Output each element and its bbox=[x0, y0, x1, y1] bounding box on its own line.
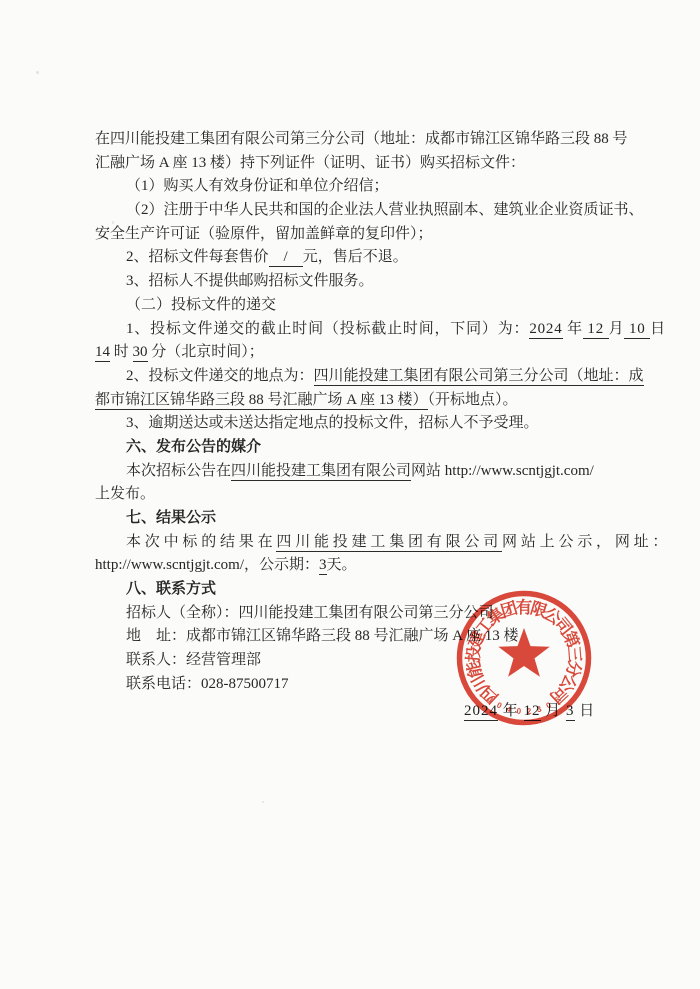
scanned-document-page: { "colors": { "paper": "#fbfbf9", "ink":… bbox=[0, 0, 700, 989]
text-run: 在四川能投建工集团有限公司第三分公司（地址：成都市锦江区锦华路三段 88 号 bbox=[95, 131, 628, 147]
text-run: 网站 http://www.scntjgjt.com/ bbox=[411, 463, 594, 479]
star-icon bbox=[498, 628, 549, 677]
scan-speck bbox=[112, 221, 114, 224]
document-line: 都市锦江区锦华路三段 88 号汇融广场 A 座 13 楼）（开标地点）。 bbox=[95, 389, 610, 413]
text-run: 联系人：经营管理部 bbox=[126, 652, 261, 668]
document-line: （1）购买人有效身份证和单位介绍信； bbox=[95, 175, 610, 199]
underlined-text: 12 bbox=[583, 321, 609, 339]
text-run: 3、逾期送达或未送达指定地点的投标文件，招标人不予受理。 bbox=[126, 415, 539, 431]
text-run: （二）投标文件的递交 bbox=[126, 297, 276, 313]
document-line: 安全生产许可证（验原件，留加盖鲜章的复印件）； bbox=[95, 223, 610, 247]
underlined-text: / bbox=[269, 249, 303, 267]
seal-serial-digit: 0 bbox=[495, 700, 504, 710]
text-run: 分（北京时间）； bbox=[148, 344, 264, 360]
text-run: 汇融广场 A 座 13 楼）持下列证件（证明、证书）购买招标文件： bbox=[95, 155, 525, 171]
text-run: 日 bbox=[650, 321, 666, 337]
text-run: （开标地点）。 bbox=[428, 392, 518, 408]
underlined-text: 四川能投建工集团有限公司 bbox=[276, 534, 502, 552]
text-run: 年 bbox=[563, 321, 583, 337]
underlined-text: 14 bbox=[95, 344, 110, 362]
text-run: 2、招标文件每套售价 bbox=[126, 249, 269, 265]
underlined-text: 10 bbox=[624, 321, 650, 339]
document-line: 14 时 30 分（北京时间）； bbox=[95, 341, 610, 365]
text-run: 网站上公示，网址： bbox=[502, 534, 671, 550]
document-line: 汇融广场 A 座 13 楼）持下列证件（证明、证书）购买招标文件： bbox=[95, 152, 610, 176]
text-run: （1）购买人有效身份证和单位介绍信； bbox=[126, 178, 389, 194]
document-line: （2）注册于中华人民共和国的企业法人营业执照副本、建筑业企业资质证书、 bbox=[95, 199, 610, 223]
text-run: 2、投标文件递交的地点为： bbox=[126, 368, 314, 384]
text-run: 七、结果公示 bbox=[126, 510, 216, 526]
document-line: 本次中标的结果在四川能投建工集团有限公司网站上公示，网址： bbox=[95, 531, 610, 555]
text-run: 招标人（全称）：四川能投建工集团有限公司第三分公司 bbox=[126, 605, 494, 621]
text-run: （2）注册于中华人民共和国的企业法人营业执照副本、建筑业企业资质证书、 bbox=[126, 202, 644, 218]
text-run: 八、联系方式 bbox=[126, 581, 216, 597]
document-line: 本次招标公告在四川能投建工集团有限公司网站 http://www.scntjgj… bbox=[95, 460, 610, 484]
text-run: 本次中标的结果在 bbox=[126, 534, 276, 550]
document-line: 六、发布公告的媒介 bbox=[95, 436, 610, 460]
text-run: 时 bbox=[110, 344, 133, 360]
document-line: 3、招标人不提供邮购招标文件服务。 bbox=[95, 270, 610, 294]
text-run: 本次招标公告在 bbox=[126, 463, 231, 479]
text-run: 3、招标人不提供邮购招标文件服务。 bbox=[126, 273, 374, 289]
document-line: http://www.scntjgjt.com/，公示期：3天。 bbox=[95, 554, 610, 578]
document-line: （二）投标文件的递交 bbox=[95, 294, 610, 318]
document-line: 1、投标文件递交的截止时间（投标截止时间，下同）为：2024 年 12 月 10… bbox=[95, 318, 610, 342]
text-run: 六、发布公告的媒介 bbox=[126, 439, 261, 455]
text-run: http://www.scntjgjt.com/，公示期： bbox=[95, 557, 319, 573]
document-line: 上发布。 bbox=[95, 483, 610, 507]
document-line: 3、逾期送达或未送达指定地点的投标文件，招标人不予受理。 bbox=[95, 412, 610, 436]
document-line: 在四川能投建工集团有限公司第三分公司（地址：成都市锦江区锦华路三段 88 号 bbox=[95, 128, 610, 152]
seal-serial-digit: 0 bbox=[545, 700, 554, 710]
underlined-text: 3 bbox=[319, 557, 327, 575]
text-run: 元，售后不退。 bbox=[303, 249, 408, 265]
scan-speck bbox=[262, 801, 264, 803]
text-run: 上发布。 bbox=[95, 486, 155, 502]
underlined-text: 四川能投建工集团有限公司 bbox=[231, 463, 411, 481]
document-line: 2、投标文件递交的地点为：四川能投建工集团有限公司第三分公司（地址：成 bbox=[95, 365, 610, 389]
scan-speck bbox=[36, 71, 39, 74]
text-run: 天。 bbox=[327, 557, 357, 573]
company-seal: 四川能投建工集团有限公司第三分公司 10402305 bbox=[454, 588, 594, 728]
underlined-text: 都市锦江区锦华路三段 88 号汇融广场 A 座 13 楼） bbox=[95, 392, 428, 410]
seal-serial-digit: 2 bbox=[526, 707, 532, 716]
document-line: 2、招标文件每套售价 / 元，售后不退。 bbox=[95, 246, 610, 270]
seal-serial-digit: 4 bbox=[505, 704, 512, 714]
text-run: 月 bbox=[609, 321, 625, 337]
text-run: 联系电话：028-87500717 bbox=[126, 676, 289, 692]
text-run: 1、投标文件递交的截止时间（投标截止时间，下同）为： bbox=[126, 321, 529, 337]
document-line: 七、结果公示 bbox=[95, 507, 610, 531]
underlined-text: 30 bbox=[133, 344, 148, 362]
seal-serial-digit: 0 bbox=[516, 707, 522, 716]
underlined-text: 四川能投建工集团有限公司第三分公司（地址：成 bbox=[314, 368, 644, 386]
text-run: 安全生产许可证（验原件，留加盖鲜章的复印件）； bbox=[95, 226, 433, 242]
underlined-text: 2024 bbox=[529, 321, 562, 339]
seal-serial-digit: 3 bbox=[536, 704, 543, 714]
